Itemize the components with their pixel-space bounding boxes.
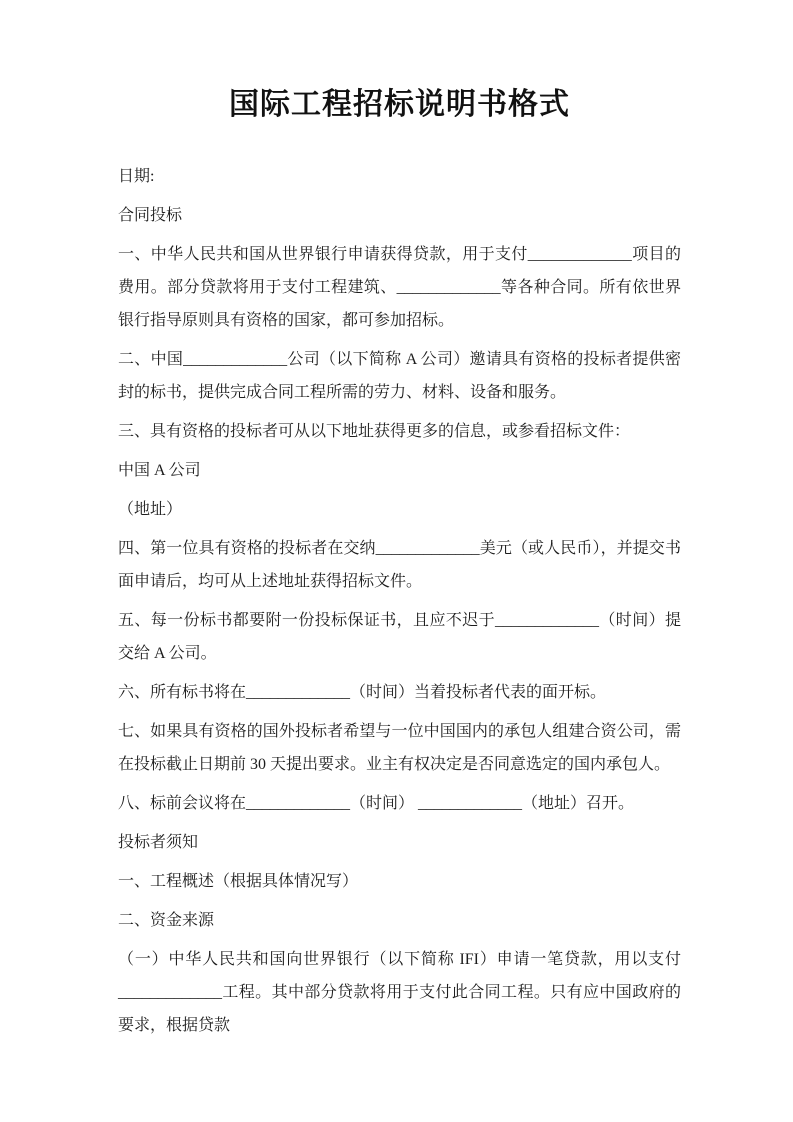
paragraph-contract-bid: 合同投标 <box>118 199 681 232</box>
paragraph-address: （地址） <box>118 493 681 526</box>
paragraph-company-name: 中国 A 公司 <box>118 454 681 487</box>
paragraph-item-5: 五、每一份标书都要附一份投标保证书，且应不迟于_____________（时间）… <box>118 604 681 670</box>
document-body: 日期: 合同投标 一、中华人民共和国从世界银行申请获得贷款，用于支付______… <box>118 160 681 1042</box>
paragraph-date-label: 日期: <box>118 160 681 193</box>
paragraph-item-8: 八、标前会议将在_____________（时间） _____________（… <box>118 787 681 820</box>
document-title: 国际工程招标说明书格式 <box>118 84 681 126</box>
paragraph-bidder-notice: 投标者须知 <box>118 826 681 859</box>
paragraph-item-1: 一、中华人民共和国从世界银行申请获得贷款，用于支付_____________项目… <box>118 238 681 337</box>
paragraph-item-7: 七、如果具有资格的国外投标者希望与一位中国国内的承包人组建合资公司，需在投标截止… <box>118 715 681 781</box>
paragraph-item-3: 三、具有资格的投标者可从以下地址获得更多的信息，或参看招标文件： <box>118 415 681 448</box>
document-page: 国际工程招标说明书格式 日期: 合同投标 一、中华人民共和国从世界银行申请获得贷… <box>0 0 793 1122</box>
paragraph-funding-source-1: （一）中华人民共和国向世界银行（以下简称 IFI）申请一笔贷款，用以支付____… <box>118 943 681 1042</box>
paragraph-item-2: 二、中国_____________公司（以下简称 A 公司）邀请具有资格的投标者… <box>118 343 681 409</box>
paragraph-notice-item-2: 二、资金来源 <box>118 904 681 937</box>
paragraph-item-6: 六、所有标书将在_____________（时间）当着投标者代表的面开标。 <box>118 676 681 709</box>
paragraph-item-4: 四、第一位具有资格的投标者在交纳_____________美元（或人民币），并提… <box>118 532 681 598</box>
paragraph-notice-item-1: 一、工程概述（根据具体情况写） <box>118 865 681 898</box>
